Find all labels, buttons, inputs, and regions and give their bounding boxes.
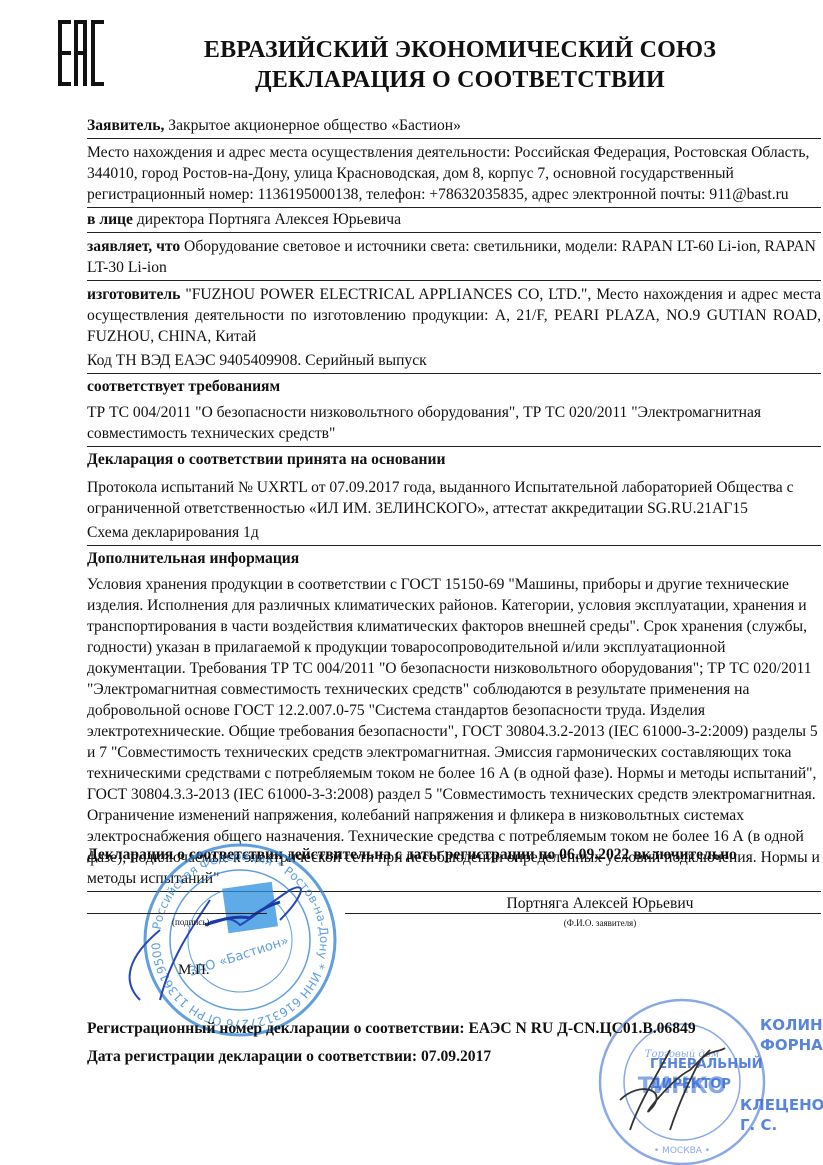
union-title: ЕВРАЗИЙСКИЙ ЭКОНОМИЧЕСКИЙ СОЮЗ [140,35,780,65]
declares-row: заявляет, что Оборудование световое и ис… [87,233,821,281]
registration-number: Регистрационный номер декларации о соотв… [87,1020,696,1038]
requirements-text: ТР ТС 004/2011 "О безопасности низковоль… [87,401,821,447]
registration-date: Дата регистрации декларации о соответств… [87,1048,491,1066]
manufacturer-value: "FUZHOU POWER ELECTRICAL APPLIANCES CO, … [87,286,821,345]
product-description: Оборудование световое и источники света:… [87,238,816,276]
requirements-heading: соответствует требованиям [87,374,821,401]
applicant-name: Портняга Алексей Юрьевич [470,895,730,913]
applicant-signature [100,860,320,1010]
director-stamp-text: КОЛИНА ФОРНА ГЕНЕРАЛЬНЫЙ ДИРЕКТОР КЛЕЦЕН… [740,1015,823,1135]
name-line [345,913,821,914]
manufacturer-row: изготовитель "FUZHOU POWER ELECTRICAL AP… [87,281,821,349]
hs-code: Код ТН ВЭД ЕАЭС 9405409908. Серийный вып… [87,349,821,374]
representative-label: в лице [87,211,133,228]
declaration-scheme: Схема декларирования 1д [87,521,821,546]
director-signature [610,1030,730,1140]
svg-text:• МОСКВА •: • МОСКВА • [654,1146,710,1156]
basis-heading: Декларация о соответствии принята на осн… [87,447,821,474]
eac-mark-icon [58,20,104,86]
seal-placeholder: М.П. [178,962,210,979]
declares-label: заявляет, что [87,238,180,255]
director-line-1: КОЛИНА ФОРНА [760,1015,823,1055]
manufacturer-label: изготовитель [87,286,180,303]
representative-value: директора Портняга Алексея Юрьевича [133,211,401,228]
representative-row: в лице директора Портняга Алексея Юрьеви… [87,208,821,233]
basis-text: Протокола испытаний № UXRTL от 07.09.201… [87,474,821,521]
document-title: ДЕКЛАРАЦИЯ О СООТВЕТСТВИИ [140,65,780,95]
signature-line [87,913,267,914]
applicant-label: Заявитель, [87,117,164,134]
applicant-value: Закрытое акционерное общество «Бастион» [164,117,461,134]
document-header: ЕВРАЗИЙСКИЙ ЭКОНОМИЧЕСКИЙ СОЮЗ ДЕКЛАРАЦИ… [140,35,780,95]
signature-caption: (подпись) [172,917,209,927]
additional-info-heading: Дополнительная информация [87,546,821,573]
applicant-address: Место нахождения и адрес места осуществл… [87,139,821,208]
director-line-3: КЛЕЦЕНОК Г. С. [740,1095,823,1135]
name-caption: (Ф.И.О. заявителя) [470,918,730,928]
eac-logo [58,20,104,86]
applicant-row: Заявитель, Закрытое акционерное общество… [87,114,821,139]
declaration-body: Заявитель, Закрытое акционерное общество… [87,114,821,892]
